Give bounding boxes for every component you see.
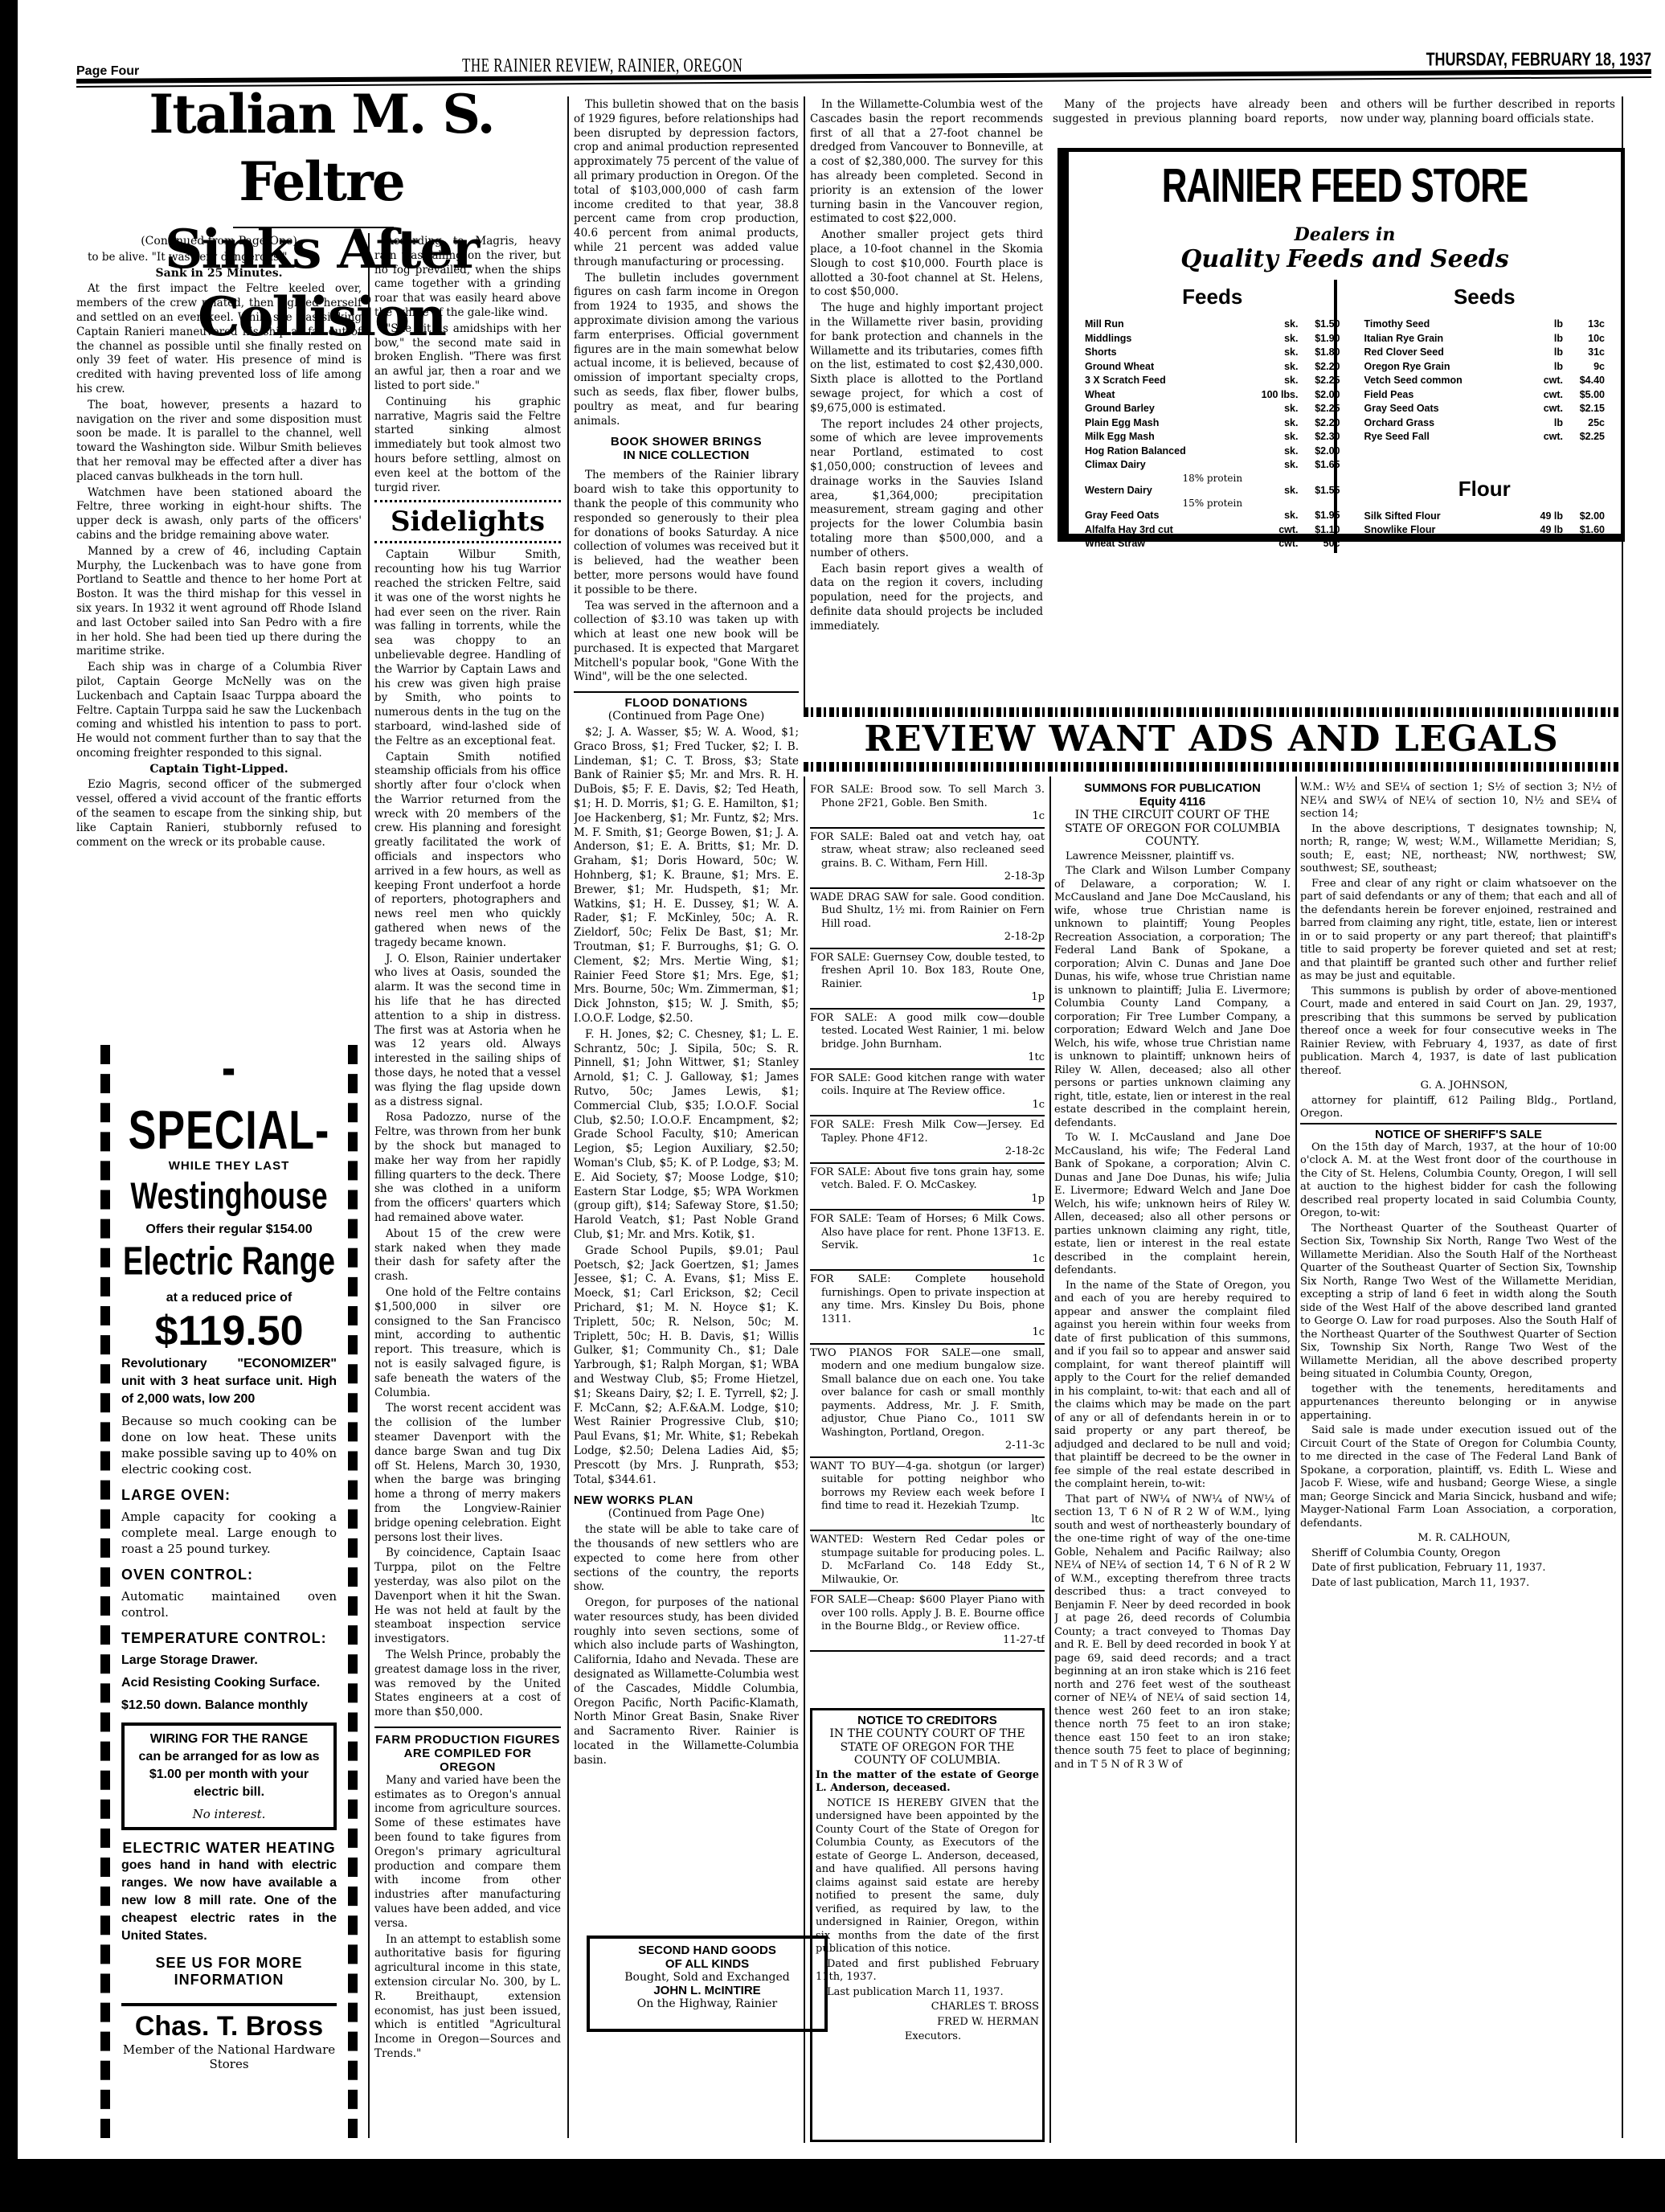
price-row: Alfalfa Hay 3rd cutcwt.$1.10 — [1085, 523, 1340, 538]
ad-text: WADE DRAG SAW for sale. Good condition. … — [810, 891, 1045, 932]
paragraph: That part of NW¼ of NW¼ of NW¼ of sectio… — [1054, 1493, 1291, 1772]
wiring-note: No interest. — [131, 1806, 327, 1822]
price-row: Vetch Seed commoncwt.$4.40 — [1364, 374, 1606, 388]
item-note: 18% protein — [1085, 473, 1340, 484]
item-amount: $2.25 — [1569, 430, 1605, 444]
attorney-name: G. A. JOHNSON, — [1300, 1079, 1617, 1093]
item-name: Rye Seed Fall — [1364, 430, 1430, 444]
paragraph: In the above descriptions, T designates … — [1300, 823, 1617, 876]
item-price: lb13c — [1554, 317, 1605, 332]
paragraph: Tea was served in the afternoon and a co… — [574, 600, 799, 686]
item-amount: $1.95 — [1305, 509, 1340, 523]
item-amount: $2.00 — [1305, 388, 1340, 403]
price-row: Italian Rye Grainlb10c — [1364, 332, 1606, 346]
estate-matter: In the matter of the estate of George L.… — [816, 1769, 1039, 1796]
equity-number: Equity 4116 — [1054, 795, 1291, 809]
new-works-headline: NEW WORKS PLAN — [574, 1493, 799, 1507]
paragraph: The members of the Rainier library board… — [574, 469, 799, 597]
paragraph: Captain Smith notified steamship officia… — [374, 751, 561, 951]
legals-column: W.M.: W½ and SE¼ of section 1; S½ of sec… — [1300, 781, 1617, 2140]
classified-ad: FOR SALE: Good kitchen range with water … — [810, 1070, 1045, 1117]
classified-ad: WANT TO BUY—4-ga. shotgun (or larger) su… — [810, 1458, 1045, 1532]
headline-line-1: Italian M. S. Feltre — [76, 80, 567, 215]
paragraph: The bulletin includes government figures… — [574, 272, 799, 429]
notice-body: NOTICE IS HEREBY GIVEN that the undersig… — [816, 1797, 1039, 1956]
item-price: sk.$2.25 — [1284, 374, 1340, 388]
brand-name: Westinghouse — [121, 1174, 337, 1219]
ad-code: 1tc — [810, 1051, 1045, 1065]
classified-ad: FOR SALE: Fresh Milk Cow—Jersey. Ed Tapl… — [810, 1116, 1045, 1164]
ad-text: FOR SALE: About five tons grain hay, som… — [810, 1166, 1045, 1193]
item-name: Middlings — [1085, 332, 1131, 346]
item-unit: cwt. — [1544, 375, 1563, 386]
item-amount: $2.15 — [1569, 402, 1605, 416]
item-unit: 100 lbs. — [1262, 389, 1299, 400]
storage-drawer: Large Storage Drawer. — [121, 1652, 337, 1669]
paragraph: Captain Wilbur Smith, recounting how his… — [374, 548, 561, 748]
ad-text: FOR SALE: Guernsey Cow, double tested, t… — [810, 952, 1045, 992]
ad-code: 1p — [810, 1193, 1045, 1206]
ad-code: 2-18-3p — [810, 870, 1045, 884]
item-price: lb9c — [1554, 360, 1605, 375]
large-oven-body: Ample capacity for cooking a complete me… — [121, 1509, 337, 1557]
book-shower-subheadline: IN NICE COLLECTION — [574, 449, 799, 462]
item-price: cwt.$1.10 — [1278, 523, 1340, 538]
scan-edge-left — [0, 0, 18, 2212]
item-name: Field Peas — [1364, 388, 1414, 403]
wiring-box: WIRING FOR THE RANGE can be arranged for… — [121, 1722, 337, 1830]
item-amount: $1.65 — [1305, 458, 1340, 473]
oven-control-label: OVEN CONTROL: — [121, 1567, 337, 1583]
sale-price: $119.50 — [121, 1307, 337, 1355]
item-unit: cwt. — [1278, 524, 1298, 535]
page-label: Page Four — [76, 64, 139, 79]
item-price: sk.$1.80 — [1284, 346, 1340, 360]
paragraph: Many and varied have been the estimates … — [374, 1774, 561, 1931]
large-oven-label: LARGE OVEN: — [121, 1487, 337, 1504]
item-price: sk.$1.55 — [1284, 484, 1340, 498]
item-amount: $2.20 — [1305, 360, 1340, 375]
ad-text: WANT TO BUY—4-ga. shotgun (or larger) su… — [810, 1460, 1045, 1514]
flour-list: Silk Sifted Flour49 lb$2.00Snowlike Flou… — [1364, 510, 1606, 538]
ad-code: 1c — [810, 1253, 1045, 1267]
price-row: Middlingssk.$1.90 — [1085, 332, 1340, 346]
classified-ad: FOR SALE: Complete household furnishings… — [810, 1271, 1045, 1345]
want-ads-banner: REVIEW WANT ADS AND LEGALS — [804, 707, 1619, 776]
price-row: Mill Runsk.$1.50 — [1085, 317, 1340, 332]
seeds-heading: Seeds — [1364, 285, 1606, 309]
ad-code: 2-11-3c — [810, 1440, 1045, 1453]
temp-control-label: TEMPERATURE CONTROL: — [121, 1630, 337, 1647]
continued-note: (Continued from Page One) — [76, 235, 362, 249]
court-line: IN THE COUNTY COURT OF THE STATE OF OREG… — [816, 1727, 1039, 1768]
column-rule — [368, 233, 370, 1045]
ad-code: 11-27-tf — [810, 1634, 1045, 1648]
court-line: IN THE CIRCUIT COURT OF THE STATE OF ORE… — [1054, 809, 1291, 849]
classified-ad: FOR SALE: Team of Horses; 6 Milk Cows. A… — [810, 1210, 1045, 1271]
item-price: sk.$1.90 — [1284, 332, 1340, 346]
paragraph: Watchmen have been stationed aboard the … — [76, 486, 362, 543]
sheriff-role: Sheriff of Columbia County, Oregon — [1300, 1547, 1617, 1561]
flour-heading: Flour — [1364, 477, 1606, 502]
feeds-column: Feeds Mill Runsk.$1.50Middlingssk.$1.90S… — [1080, 280, 1345, 551]
paragraph: F. H. Jones, $2; C. Chesney, $1; L. E. S… — [574, 1028, 799, 1243]
price-row: Western Dairysk.$1.55 — [1085, 484, 1340, 498]
item-name: Alfalfa Hay 3rd cut — [1085, 523, 1173, 538]
headline-underline — [233, 227, 394, 228]
paragraph: At the first impact the Feltre keeled ov… — [76, 282, 362, 396]
seeds-column: Seeds Timothy Seedlb13cItalian Rye Grain… — [1345, 280, 1610, 551]
item-name: Western Dairy — [1085, 484, 1152, 498]
rainier-feed-store-ad: RAINIER FEED STORE Dealers in Quality Fe… — [1057, 148, 1625, 542]
item-name: Hog Ration Balanced — [1085, 444, 1186, 459]
paragraph: According to Magris, heavy rain was fall… — [374, 235, 561, 321]
item-unit: sk. — [1284, 417, 1298, 428]
ad-code: 1p — [810, 991, 1045, 1005]
paper-title: THE RAINIER REVIEW, RAINIER, OREGON — [462, 55, 742, 77]
executor-name: FRED W. HERMAN — [816, 2016, 1039, 2030]
paragraph: In the name of the State of Oregon, you … — [1054, 1280, 1291, 1492]
item-unit: lb — [1554, 417, 1563, 428]
flood-donations-headline: FLOOD DONATIONS — [574, 691, 799, 710]
price-row: Ground Wheatsk.$2.20 — [1085, 360, 1340, 375]
feed-store-title: RAINIER FEED STORE — [1080, 159, 1610, 214]
item-name: Vetch Seed common — [1364, 374, 1462, 388]
price-list: Feeds Mill Runsk.$1.50Middlingssk.$1.90S… — [1080, 280, 1610, 551]
item-unit: sk. — [1284, 375, 1298, 386]
price-row: Orchard Grasslb25c — [1364, 416, 1606, 431]
dealers-in: Dealers in — [1080, 224, 1610, 245]
column-3: This bulletin showed that on the basis o… — [574, 98, 799, 1971]
wiring-title: WIRING FOR THE RANGE — [131, 1731, 327, 1748]
attorney-role: attorney for plaintiff, 612 Pailing Bldg… — [1300, 1095, 1617, 1121]
price-row: Hog Ration Balancedsk.$2.00 — [1085, 444, 1340, 459]
classified-ad: FOR SALE: Brood sow. To sell March 3. Ph… — [810, 781, 1045, 829]
column-rule — [567, 96, 569, 2138]
paragraph: In an attempt to establish some authorit… — [374, 1933, 561, 2062]
paragraph: Free and clear of any right or claim wha… — [1300, 878, 1617, 984]
regular-price: Offers their regular $154.00 — [121, 1223, 337, 1237]
paragraph: By coincidence, Captain Isaac Turppa, pi… — [374, 1546, 561, 1647]
item-unit: lb — [1554, 361, 1563, 372]
paragraph: The Northeast Quarter of the Southeast Q… — [1300, 1223, 1617, 1382]
item-price: cwt.$4.40 — [1544, 374, 1605, 388]
price-row: Climax Dairysk.$1.65 — [1085, 458, 1340, 473]
item-amount: $2.00 — [1569, 510, 1605, 524]
book-shower-headline: BOOK SHOWER BRINGS — [574, 435, 799, 449]
classified-ad: FOR SALE—Cheap: $600 Player Piano with o… — [810, 1591, 1045, 1652]
item-price: sk.$2.30 — [1284, 430, 1340, 444]
ad-dealer-name: JOHN L. McINTIRE — [595, 1984, 820, 1997]
item-unit: cwt. — [1278, 538, 1298, 549]
item-name: Gray Feed Oats — [1085, 509, 1159, 523]
item-amount: 10c — [1569, 332, 1605, 346]
feature-body: Because so much cooking can be done on l… — [121, 1413, 337, 1477]
ad-code: 1c — [810, 1099, 1045, 1112]
sidelights-heading: Sidelights — [374, 500, 561, 543]
ad-text: TWO PIANOS FOR SALE—one small, modern an… — [810, 1347, 1045, 1440]
item-amount: $2.00 — [1305, 444, 1340, 459]
column-rule — [368, 1045, 370, 2138]
subhead: Sank in 25 Minutes. — [76, 267, 362, 281]
item-price: sk.$2.25 — [1284, 402, 1340, 416]
price-row: Gray Seed Oatscwt.$2.15 — [1364, 402, 1606, 416]
item-price: 49 lb$2.00 — [1540, 510, 1606, 524]
sheriff-sale-title: NOTICE OF SHERIFF'S SALE — [1300, 1123, 1617, 1141]
item-price: 100 lbs.$2.00 — [1262, 388, 1340, 403]
item-amount: $5.00 — [1569, 388, 1605, 403]
column-4-top: In the Willamette-Columbia west of the C… — [810, 98, 1043, 693]
item-amount: $1.60 — [1569, 523, 1605, 538]
special-title: -SPECIAL- — [121, 1037, 337, 1162]
classified-ad: TWO PIANOS FOR SALE—one small, modern an… — [810, 1345, 1045, 1458]
ad-code: 2-18-2p — [810, 931, 1045, 944]
paragraph: the state will be able to take care of t… — [574, 1523, 799, 1595]
item-name: Mill Run — [1085, 317, 1124, 332]
last-publication: Date of last publication, March 11, 1937… — [1300, 1577, 1617, 1591]
price-row: Oregon Rye Grainlb9c — [1364, 360, 1606, 375]
westinghouse-special-ad: -SPECIAL- WHILE THEY LAST Westinghouse O… — [100, 1045, 358, 2138]
item-unit: sk. — [1284, 459, 1298, 470]
water-heating-body: goes hand in hand with electric ranges. … — [121, 1857, 337, 1945]
acid-resisting: Acid Resisting Cooking Surface. — [121, 1674, 337, 1692]
ad-text: FOR SALE: Baled oat and vetch hay, oat s… — [810, 831, 1045, 871]
ad-text: FOR SALE: A good milk cow—double tested.… — [810, 1012, 1045, 1052]
item-name: 3 X Scratch Feed — [1085, 374, 1166, 388]
item-amount: 31c — [1569, 346, 1605, 360]
first-publication: Date of first publication, February 11, … — [1300, 1562, 1617, 1575]
payment-terms: $12.50 down. Balance monthly — [121, 1697, 337, 1714]
price-row: Field Peascwt.$5.00 — [1364, 388, 1606, 403]
want-ads-title: REVIEW WANT ADS AND LEGALS — [804, 717, 1619, 762]
item-unit: sk. — [1284, 346, 1298, 358]
price-row: Rye Seed Fallcwt.$2.25 — [1364, 430, 1606, 444]
paragraph: $2; J. A. Wasser, $5; W. A. Wood, $1; Gr… — [574, 726, 799, 1026]
paragraph: Oregon, for purposes of the national wat… — [574, 1596, 799, 1768]
item-price: sk.$1.65 — [1284, 458, 1340, 473]
reduced-label: at a reduced price of — [121, 1291, 337, 1305]
farm-headline: FARM PRODUCTION FIGURES ARE COMPILED FOR… — [374, 1727, 561, 1774]
plaintiff-line: Lawrence Meissner, plaintiff vs. — [1054, 850, 1291, 864]
paragraph: The report includes 24 other projects, s… — [810, 418, 1043, 561]
item-unit: cwt. — [1544, 389, 1563, 400]
classified-ad: FOR SALE: About five tons grain hay, som… — [810, 1164, 1045, 1211]
paragraph: Said sale is made under execution issued… — [1300, 1424, 1617, 1530]
item-amount: $2.20 — [1305, 416, 1340, 431]
item-unit: sk. — [1284, 361, 1298, 372]
continued-note: (Continued from Page One) — [574, 1507, 799, 1522]
paragraph: Continuing his graphic narrative, Magris… — [374, 395, 561, 496]
item-price: sk.$2.00 — [1284, 444, 1340, 459]
item-name: Ground Barley — [1085, 402, 1155, 416]
column-5-top: Many of the projects have already been s… — [1053, 98, 1615, 143]
item-name: Shorts — [1085, 346, 1117, 360]
item-name: Gray Seed Oats — [1364, 402, 1439, 416]
summons-column: SUMMONS FOR PUBLICATION Equity 4116 IN T… — [1054, 781, 1291, 2140]
item-unit: 49 lb — [1540, 510, 1564, 522]
item-price: sk.$1.50 — [1284, 317, 1340, 332]
paragraph: This summons is publish by order of abov… — [1300, 985, 1617, 1079]
item-name: Wheat Straw — [1085, 537, 1145, 551]
item-unit: lb — [1554, 318, 1563, 330]
item-unit: sk. — [1284, 431, 1298, 442]
item-unit: 49 lb — [1540, 524, 1564, 535]
ad-code: 1c — [810, 810, 1045, 824]
item-price: sk.$2.20 — [1284, 360, 1340, 375]
item-amount: $1.10 — [1305, 523, 1340, 538]
item-unit: sk. — [1284, 485, 1298, 496]
paragraph: "She hit us amidships with her bow," the… — [374, 322, 561, 394]
price-row: Gray Feed Oatssk.$1.95 — [1085, 509, 1340, 523]
ornamental-border — [804, 762, 1619, 772]
item-name: Silk Sifted Flour — [1364, 510, 1441, 524]
feeds-heading: Feeds — [1085, 285, 1340, 309]
paragraph: The worst recent accident was the collis… — [374, 1402, 561, 1545]
item-name: Wheat — [1085, 388, 1115, 403]
price-row: Red Clover Seedlb31c — [1364, 346, 1606, 360]
item-price: sk.$2.20 — [1284, 416, 1340, 431]
ad-code: 1c — [810, 1326, 1045, 1340]
ad-text: FOR SALE—Cheap: $600 Player Piano with o… — [810, 1594, 1045, 1634]
ad-line-3: Bought, Sold and Exchanged — [595, 1971, 820, 1984]
item-amount: $1.50 — [1305, 317, 1340, 332]
item-amount: $2.25 — [1305, 374, 1340, 388]
paragraph: The boat, however, presents a hazard to … — [76, 399, 362, 485]
feeds-list: Mill Runsk.$1.50Middlingssk.$1.90Shortss… — [1085, 317, 1340, 551]
paragraph: Another smaller project gets third place… — [810, 228, 1043, 300]
paragraph: Each ship was in charge of a Columbia Ri… — [76, 661, 362, 761]
lead-story-col1: (Continued from Page One) to be alive. "… — [76, 235, 362, 1030]
item-name: Italian Rye Grain — [1364, 332, 1444, 346]
item-name: Snowlike Flour — [1364, 523, 1436, 538]
paragraph: J. O. Elson, Rainier undertaker who live… — [374, 952, 561, 1110]
item-price: cwt.50c — [1278, 537, 1340, 551]
price-row: Silk Sifted Flour49 lb$2.00 — [1364, 510, 1606, 524]
ad-text: FOR SALE: Fresh Milk Cow—Jersey. Ed Tapl… — [810, 1119, 1045, 1145]
column-rule — [804, 96, 805, 707]
subhead: Captain Tight-Lipped. — [76, 763, 362, 777]
classified-ad: FOR SALE: Baled oat and vetch hay, oat s… — [810, 829, 1045, 889]
item-unit: lb — [1554, 333, 1563, 344]
ad-text: FOR SALE: Team of Horses; 6 Milk Cows. A… — [810, 1213, 1045, 1253]
executor-name: CHARLES T. BROSS — [816, 2001, 1039, 2014]
continued-note: (Continued from Page One) — [574, 710, 799, 724]
creditors-title: NOTICE TO CREDITORS — [816, 1714, 1039, 1727]
paragraph: Grade School Pupils, $9.01; Paul Poetsch… — [574, 1244, 799, 1488]
advertiser-affiliation: Member of the National Hardware Stores — [121, 2042, 337, 2071]
item-unit: sk. — [1284, 318, 1298, 330]
column-2: According to Magris, heavy rain was fall… — [374, 235, 561, 2140]
seeds-list: Timothy Seedlb13cItalian Rye Grainlb10cR… — [1364, 317, 1606, 444]
item-unit: sk. — [1284, 445, 1298, 457]
ad-text: FOR SALE: Brood sow. To sell March 3. Ph… — [810, 784, 1045, 810]
ad-line-1: SECOND HAND GOODS — [595, 1944, 820, 1957]
notice-to-creditors: NOTICE TO CREDITORS IN THE COUNTY COURT … — [810, 1708, 1045, 2142]
paragraph: The Clark and Wilson Lumber Company of D… — [1054, 865, 1291, 1130]
ad-location: On the Highway, Rainier — [595, 1997, 820, 2010]
classified-ad: WANTED: Western Red Cedar poles or stump… — [810, 1531, 1045, 1591]
price-row: Timothy Seedlb13c — [1364, 317, 1606, 332]
item-price: lb31c — [1554, 346, 1605, 360]
item-unit: cwt. — [1544, 431, 1563, 442]
ad-text: WANTED: Western Red Cedar poles or stump… — [810, 1534, 1045, 1587]
quality-tagline: Quality Feeds and Seeds — [1080, 245, 1610, 273]
paragraph: On the 15th day of March, 1937, at the h… — [1300, 1141, 1617, 1221]
item-name: Orchard Grass — [1364, 416, 1435, 431]
issue-date: THURSDAY, FEBRUARY 18, 1937 — [1426, 49, 1651, 71]
item-name: Oregon Rye Grain — [1364, 360, 1450, 375]
price-row: Plain Egg Mashsk.$2.20 — [1085, 416, 1340, 431]
price-row: Milk Egg Mashsk.$2.30 — [1085, 430, 1340, 444]
price-row: Snowlike Flour49 lb$1.60 — [1364, 523, 1606, 538]
ad-text: FOR SALE: Complete household furnishings… — [810, 1273, 1045, 1326]
economizer-feature: Revolutionary "ECONOMIZER" unit with 3 h… — [121, 1355, 337, 1408]
item-amount: $4.40 — [1569, 374, 1605, 388]
ad-line-2: OF ALL KINDS — [595, 1957, 820, 1971]
wiring-body: can be arranged for as low as $1.00 per … — [131, 1748, 327, 1801]
paragraph: The huge and highly important project in… — [810, 301, 1043, 416]
executor-role: Executors. — [816, 2030, 1039, 2044]
item-amount: $1.55 — [1305, 484, 1340, 498]
item-amount: $2.25 — [1305, 402, 1340, 416]
item-price: 49 lb$1.60 — [1540, 523, 1606, 538]
ornamental-border — [804, 707, 1619, 717]
column-rule — [1295, 776, 1297, 2143]
item-name: Plain Egg Mash — [1085, 416, 1159, 431]
paragraph: to be alive. "It was very dangerous." — [76, 251, 362, 265]
item-amount: 25c — [1569, 416, 1605, 431]
oven-control-body: Automatic maintained oven control. — [121, 1588, 337, 1620]
paragraph: This bulletin showed that on the basis o… — [574, 98, 799, 270]
item-unit: sk. — [1284, 403, 1298, 414]
item-price: lb25c — [1554, 416, 1605, 431]
item-unit: cwt. — [1544, 403, 1563, 414]
item-name: Climax Dairy — [1085, 458, 1146, 473]
sheriff-name: M. R. CALHOUN, — [1300, 1532, 1617, 1546]
paragraph: Many of the projects have already been s… — [1053, 98, 1615, 128]
item-name: Ground Wheat — [1085, 360, 1154, 375]
item-price: cwt.$5.00 — [1544, 388, 1605, 403]
item-amount: 50c — [1305, 537, 1340, 551]
classified-ad: FOR SALE: A good milk cow—double tested.… — [810, 1010, 1045, 1070]
price-row: Wheat100 lbs.$2.00 — [1085, 388, 1340, 403]
item-amount: $1.90 — [1305, 332, 1340, 346]
paragraph: Ezio Magris, second officer of the subme… — [76, 778, 362, 850]
paragraph: together with the tenements, hereditamen… — [1300, 1383, 1617, 1423]
scan-edge-bottom — [0, 2159, 1665, 2212]
paragraph: Rosa Padozzo, nurse of the Feltre, was t… — [374, 1111, 561, 1225]
advertiser-signature: Chas. T. Bross — [121, 2003, 337, 2042]
item-amount: $1.80 — [1305, 346, 1340, 360]
second-hand-goods-ad: SECOND HAND GOODS OF ALL KINDS Bought, S… — [587, 1935, 828, 2032]
first-publication: Dated and first published February 11th,… — [816, 1958, 1039, 1985]
water-heating-title: ELECTRIC WATER HEATING — [121, 1840, 337, 1857]
see-us-line: SEE US FOR MORE INFORMATION — [121, 1955, 337, 1989]
item-price: cwt.$2.15 — [1544, 402, 1605, 416]
item-unit: sk. — [1284, 510, 1298, 521]
price-row: Shortssk.$1.80 — [1085, 346, 1340, 360]
item-price: sk.$1.95 — [1284, 509, 1340, 523]
ad-text: FOR SALE: Good kitchen range with water … — [810, 1072, 1045, 1099]
item-price: lb10c — [1554, 332, 1605, 346]
paragraph: W.M.: W½ and SE¼ of section 1; S½ of sec… — [1300, 781, 1617, 821]
item-name: Timothy Seed — [1364, 317, 1430, 332]
ad-code: ltc — [810, 1514, 1045, 1527]
item-unit: lb — [1554, 346, 1563, 358]
summons-title: SUMMONS FOR PUBLICATION — [1054, 781, 1291, 795]
paragraph: Each basin report gives a wealth of data… — [810, 563, 1043, 634]
item-amount: 9c — [1569, 360, 1605, 375]
